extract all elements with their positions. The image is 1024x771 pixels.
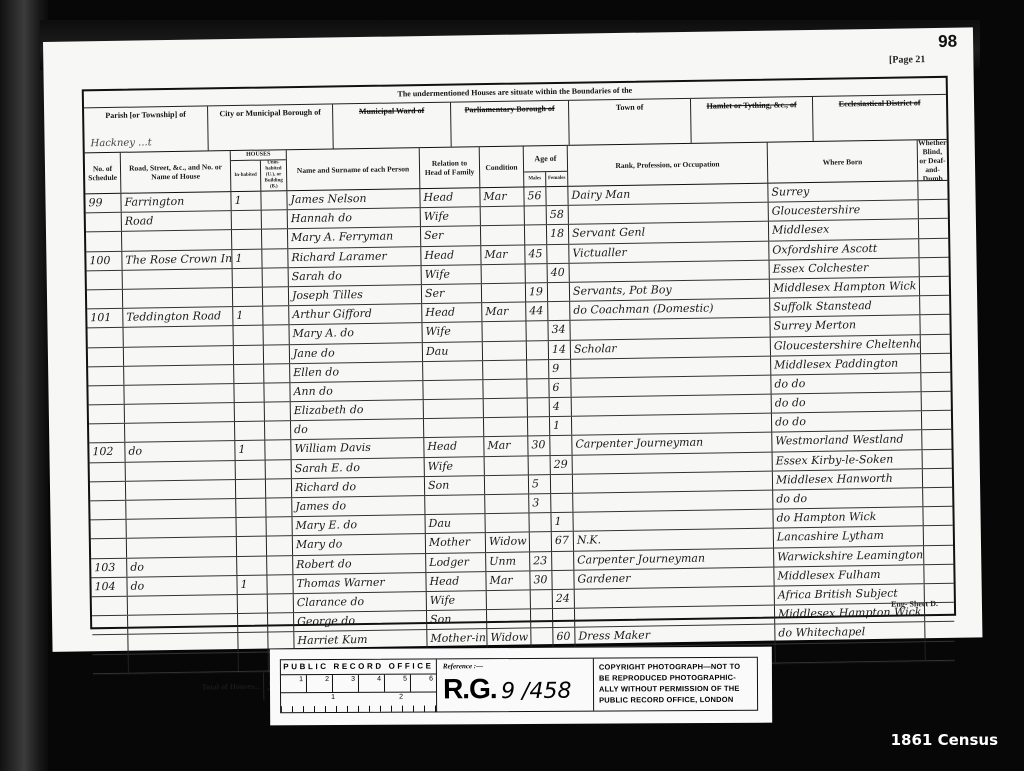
cell-un bbox=[263, 268, 289, 287]
cell-blind bbox=[923, 469, 952, 488]
cell-occupation bbox=[573, 510, 773, 531]
cell-road bbox=[124, 346, 234, 366]
cell-road bbox=[123, 269, 233, 289]
cell-road bbox=[125, 403, 235, 423]
cell-schedule bbox=[88, 347, 124, 366]
cell-road: The Rose Crown Inn bbox=[122, 250, 232, 270]
cell-occupation: Servant Genl bbox=[569, 222, 769, 243]
cell-condition: Mar bbox=[481, 245, 525, 264]
table-body: 99Farrington1James NelsonHeadMar56Dairy … bbox=[85, 181, 954, 674]
district-label: Town of bbox=[616, 103, 644, 112]
cell-road bbox=[126, 499, 236, 519]
cell-blind bbox=[922, 392, 951, 411]
cell-occupation bbox=[573, 452, 773, 473]
cell-condition bbox=[487, 590, 531, 609]
cell-occupation bbox=[571, 356, 771, 377]
cell-condition: Widow bbox=[486, 533, 530, 552]
cell-road bbox=[128, 633, 238, 653]
cell-male bbox=[527, 379, 549, 398]
cell-occupation: Gardener bbox=[574, 567, 774, 588]
film-edge bbox=[0, 0, 48, 771]
cell-male bbox=[528, 398, 550, 417]
cell-inhabited bbox=[239, 652, 269, 671]
cell-schedule bbox=[87, 271, 123, 290]
cell-name: Richard Laramer bbox=[288, 247, 421, 267]
cell-un bbox=[267, 537, 293, 556]
cell-condition bbox=[482, 264, 526, 283]
cell-born: Surrey bbox=[768, 181, 918, 202]
cell-female bbox=[551, 494, 573, 513]
cell-occupation bbox=[573, 471, 773, 492]
cell-condition: Unm bbox=[486, 552, 530, 571]
cell-occupation bbox=[569, 203, 769, 224]
census-caption: 1861 Census bbox=[891, 731, 998, 749]
cell-born: do do bbox=[773, 488, 923, 509]
cell-inhabited: 1 bbox=[235, 441, 265, 460]
cell-occupation: do Coachman (Domestic) bbox=[570, 299, 770, 320]
cell-occupation bbox=[572, 414, 772, 435]
cell-condition bbox=[483, 341, 527, 360]
cell-blind bbox=[923, 507, 952, 526]
col-males: Males bbox=[524, 172, 546, 186]
cell-blind bbox=[922, 411, 951, 430]
ruler-ticks: 1 2 bbox=[281, 692, 436, 712]
cell-occupation: Victualler bbox=[569, 241, 769, 262]
cell-un bbox=[265, 402, 291, 421]
cell-female: 60 bbox=[553, 628, 575, 647]
cell-name: Joseph Tilles bbox=[289, 285, 422, 305]
col-inhabited: In-habited bbox=[231, 161, 261, 191]
cell-female: 6 bbox=[549, 379, 571, 398]
census-table: No. of Schedule Road, Street, &c., and N… bbox=[85, 140, 956, 703]
cell-male bbox=[529, 456, 551, 475]
scale-cell: 1 bbox=[281, 675, 307, 692]
cell-condition: Mar bbox=[484, 437, 528, 456]
cell-female: 18 bbox=[547, 225, 569, 244]
cell-female bbox=[547, 244, 569, 263]
cell-female: 14 bbox=[549, 340, 571, 359]
district-city: City or Municipal Borough of bbox=[208, 104, 334, 150]
cell-male: 23 bbox=[530, 552, 552, 571]
cell-relation: Ser bbox=[422, 284, 482, 303]
cell-born: Lancashire Lytham bbox=[774, 527, 924, 548]
cell-female: 29 bbox=[551, 455, 573, 474]
cell-relation: Wife bbox=[425, 457, 485, 476]
cell-un bbox=[265, 421, 291, 440]
folio-number: 98 bbox=[938, 32, 957, 52]
copyright-notice: COPYRIGHT PHOTOGRAPH—NOT TO BE REPRODUCE… bbox=[594, 658, 757, 711]
cell-inhabited bbox=[235, 403, 265, 422]
cell-male bbox=[525, 225, 547, 244]
cell-relation bbox=[423, 380, 483, 399]
cell-relation: Wife bbox=[427, 591, 487, 610]
cell-name: Richard do bbox=[292, 477, 425, 497]
cell-schedule bbox=[92, 616, 128, 635]
cell-relation bbox=[425, 495, 485, 514]
cell-female: 9 bbox=[549, 359, 571, 378]
cell-road bbox=[123, 288, 233, 308]
cell-female bbox=[548, 283, 570, 302]
col-females: Females bbox=[546, 171, 567, 185]
cell-un bbox=[268, 594, 294, 613]
cell-female bbox=[552, 551, 574, 570]
cell-un bbox=[263, 306, 289, 325]
cell-un bbox=[262, 249, 288, 268]
cell-occupation: Scholar bbox=[571, 337, 771, 358]
district-ecclesiastical: Ecclesiastical District of bbox=[813, 95, 947, 141]
cell-female: 24 bbox=[553, 590, 575, 609]
reference-series: R.G. bbox=[443, 673, 497, 705]
district-parl-borough: Parliamentary Borough of bbox=[451, 101, 570, 147]
cell-female: 34 bbox=[548, 321, 570, 340]
cell-blind bbox=[920, 258, 949, 277]
cell-occupation: N.K. bbox=[574, 529, 774, 550]
inch-mark: 1 bbox=[331, 694, 335, 701]
district-label: Parliamentary Borough of bbox=[465, 104, 555, 114]
cell-relation: Head bbox=[421, 246, 481, 265]
col-road: Road, Street, &c., and No. or Name of Ho… bbox=[121, 151, 232, 193]
scale-cell: 5 bbox=[385, 675, 411, 692]
cell-name: Jane do bbox=[290, 343, 423, 363]
cell-born: Essex Kirby-le-Soken bbox=[773, 450, 923, 471]
cell-blind bbox=[920, 277, 949, 296]
cell-name: Thomas Warner bbox=[293, 573, 426, 593]
cell-relation: Dau bbox=[425, 514, 485, 533]
cell-male: 3 bbox=[529, 494, 551, 513]
age-label: Age of bbox=[524, 146, 567, 172]
cell-road bbox=[126, 461, 236, 481]
cell-relation: Mother-in-law bbox=[427, 629, 487, 648]
cell-inhabited bbox=[238, 633, 268, 652]
cell-condition bbox=[485, 475, 529, 494]
page-number: [Page 21 bbox=[889, 54, 926, 66]
reference-label: Reference :— bbox=[443, 662, 483, 670]
cell-male: 5 bbox=[529, 475, 551, 494]
scale-cell: 4 bbox=[359, 675, 385, 692]
cell-condition bbox=[485, 456, 529, 475]
cell-inhabited bbox=[237, 518, 267, 537]
cell-blind bbox=[922, 430, 951, 449]
cell-condition bbox=[485, 494, 529, 513]
cell-male: 19 bbox=[526, 283, 548, 302]
district-label: Municipal Ward of bbox=[359, 106, 424, 116]
cell-name: Mary A. Ferryman bbox=[288, 227, 421, 247]
cell-schedule: 99 bbox=[85, 194, 121, 213]
cell-blind bbox=[925, 622, 954, 641]
cell-schedule bbox=[88, 366, 124, 385]
district-hamlet: Hamlet or Tything, &c., of bbox=[691, 97, 814, 143]
reference-piece: 9 /458 bbox=[501, 679, 572, 704]
cell-un bbox=[265, 441, 291, 460]
cell-male: 30 bbox=[530, 571, 552, 590]
cell-inhabited bbox=[233, 326, 263, 345]
scale-cell: 6 bbox=[411, 674, 436, 691]
cell-condition bbox=[481, 207, 525, 226]
cell-condition bbox=[484, 398, 528, 417]
cell-un bbox=[266, 498, 292, 517]
cell-born: do do bbox=[772, 411, 922, 432]
cell-born: Suffolk Stanstead bbox=[770, 296, 920, 317]
cell-inhabited bbox=[233, 288, 263, 307]
cell-occupation: Servants, Pot Boy bbox=[570, 280, 770, 301]
cell-blind bbox=[920, 315, 949, 334]
cell-male bbox=[526, 264, 548, 283]
cell-born: Middlesex Hampton Wick bbox=[770, 277, 920, 298]
cell-road bbox=[122, 230, 232, 250]
cell-relation: Wife bbox=[421, 207, 481, 226]
cell-name: Mary A. do bbox=[289, 323, 422, 343]
cell-schedule bbox=[92, 597, 128, 616]
cell-schedule bbox=[88, 386, 124, 405]
cell-female: 58 bbox=[547, 206, 569, 225]
cell-relation: Wife bbox=[422, 265, 482, 284]
cell-relation: Head bbox=[424, 438, 484, 457]
cell-born: Middlesex Hanworth bbox=[773, 469, 923, 490]
cell-inhabited bbox=[236, 460, 266, 479]
col-age: Age of Males Females bbox=[524, 146, 569, 187]
cell-male bbox=[527, 341, 549, 360]
cell-schedule bbox=[86, 213, 122, 232]
cell-name: Hannah do bbox=[288, 208, 421, 228]
cell-un bbox=[266, 479, 292, 498]
cell-schedule bbox=[86, 232, 122, 251]
cell-blind bbox=[921, 353, 950, 372]
cell-inhabited: 1 bbox=[232, 249, 262, 268]
cell-blind bbox=[919, 219, 948, 238]
inch-mark: 2 bbox=[399, 694, 403, 701]
cell-female bbox=[552, 570, 574, 589]
district-label: Parish [or Township] of bbox=[105, 110, 186, 120]
cell-blind bbox=[924, 526, 953, 545]
cell-female bbox=[546, 187, 568, 206]
cell-name: Clarance do bbox=[294, 592, 427, 612]
cell-road bbox=[125, 422, 235, 442]
cell-un bbox=[262, 230, 288, 249]
cell-schedule bbox=[90, 501, 126, 520]
cell-road bbox=[128, 614, 238, 634]
cell-un bbox=[262, 210, 288, 229]
cell-relation: Lodger bbox=[426, 553, 486, 572]
cell-un bbox=[267, 517, 293, 536]
cell-road bbox=[124, 326, 234, 346]
cell-name: Sarah do bbox=[289, 266, 422, 286]
cell-female bbox=[553, 609, 575, 628]
cell-un bbox=[264, 383, 290, 402]
col-blind: Whether Blind, or Deaf-and-Dumb bbox=[918, 140, 948, 180]
cell-occupation: Carpenter Journeyman bbox=[572, 433, 772, 454]
cell-schedule bbox=[87, 290, 123, 309]
cell-born: Middlesex bbox=[769, 220, 919, 241]
cell-female bbox=[551, 475, 573, 494]
cell-relation: Ser bbox=[421, 227, 481, 246]
district-parish: Parish [or Township] of Hackney ...t bbox=[84, 106, 209, 152]
district-ward: Municipal Ward of bbox=[333, 103, 452, 149]
cell-female: 67 bbox=[552, 532, 574, 551]
cell-un bbox=[264, 364, 290, 383]
cell-occupation: Dress Maker bbox=[575, 625, 775, 646]
cell-road: do bbox=[127, 576, 237, 596]
cell-un bbox=[266, 460, 292, 479]
cell-schedule bbox=[89, 405, 125, 424]
cell-condition bbox=[483, 379, 527, 398]
cell-inhabited: 1 bbox=[231, 192, 261, 211]
cell-condition bbox=[482, 322, 526, 341]
cell-relation: Son bbox=[427, 610, 487, 629]
cell-name: Sarah E. do bbox=[292, 458, 425, 478]
cell-blind bbox=[921, 334, 950, 353]
office-name: PUBLIC RECORD OFFICE bbox=[281, 659, 436, 675]
cell-female: 4 bbox=[550, 398, 572, 417]
cell-name: Arthur Gifford bbox=[289, 304, 422, 324]
cell-condition bbox=[482, 283, 526, 302]
cell-un bbox=[263, 287, 289, 306]
cell-blind bbox=[919, 200, 948, 219]
total-houses-label: Total of Houses... bbox=[93, 672, 264, 703]
cell-road bbox=[128, 595, 238, 615]
cell-occupation: Carpenter Journeyman bbox=[574, 548, 774, 569]
cell-blind bbox=[919, 238, 948, 257]
col-occupation: Rank, Profession, or Occupation bbox=[568, 143, 769, 186]
public-record-office-label: PUBLIC RECORD OFFICE 1 2 3 4 5 6 1 2 Ref… bbox=[270, 647, 772, 726]
cell-male bbox=[531, 628, 553, 647]
cell-female: 40 bbox=[548, 264, 570, 283]
cell-relation: Dau bbox=[423, 342, 483, 361]
cell-male: 56 bbox=[524, 187, 546, 206]
cell-relation: Head bbox=[422, 303, 482, 322]
cell-female bbox=[550, 436, 572, 455]
cell-schedule: 103 bbox=[91, 558, 127, 577]
cell-relation: Mother bbox=[426, 533, 486, 552]
sheet-code: Eng- Sheet D. bbox=[891, 599, 938, 609]
cell-relation: Head bbox=[426, 572, 486, 591]
cell-inhabited bbox=[233, 268, 263, 287]
cell-born: Westmorland Westland bbox=[772, 431, 922, 452]
cell-female: 1 bbox=[551, 513, 573, 532]
cell-name: Harriet Kum bbox=[294, 630, 427, 650]
cell-male: 44 bbox=[526, 302, 548, 321]
cell-inhabited bbox=[232, 230, 262, 249]
cell-relation bbox=[424, 399, 484, 418]
district-label: Ecclesiastical District of bbox=[839, 98, 921, 108]
cell-condition: Mar bbox=[480, 187, 524, 206]
scale-cell: 3 bbox=[333, 675, 359, 692]
cell-un bbox=[263, 325, 289, 344]
cell-inhabited: 1 bbox=[237, 575, 267, 594]
cell-inhabited bbox=[237, 556, 267, 575]
cell-road: do bbox=[127, 557, 237, 577]
cell-born bbox=[776, 642, 926, 663]
cell-blind bbox=[923, 488, 952, 507]
cell-male bbox=[530, 532, 552, 551]
cell-un bbox=[267, 556, 293, 575]
cell-blind bbox=[923, 449, 952, 468]
cell-male bbox=[531, 609, 553, 628]
cell-road: Teddington Road bbox=[123, 307, 233, 327]
cell-schedule: 104 bbox=[91, 577, 127, 596]
cell-born: Warwickshire Leamington bbox=[774, 546, 924, 567]
cell-schedule bbox=[91, 520, 127, 539]
cell-inhabited bbox=[238, 614, 268, 633]
cell-occupation bbox=[572, 395, 772, 416]
cell-inhabited: 1 bbox=[233, 307, 263, 326]
cell-condition: Widow bbox=[487, 629, 531, 648]
cell-name: Elizabeth do bbox=[291, 400, 424, 420]
cell-inhabited bbox=[236, 479, 266, 498]
cell-born: Essex Colchester bbox=[770, 258, 920, 279]
cell-schedule: 102 bbox=[89, 443, 125, 462]
cell-un bbox=[268, 613, 294, 632]
cell-schedule: 101 bbox=[87, 309, 123, 328]
ruler: PUBLIC RECORD OFFICE 1 2 3 4 5 6 1 2 bbox=[281, 659, 437, 712]
cell-relation: Wife bbox=[422, 322, 482, 341]
cell-schedule bbox=[93, 654, 129, 673]
cell-female: 1 bbox=[550, 417, 572, 436]
cell-occupation bbox=[570, 260, 770, 281]
cell-schedule bbox=[89, 424, 125, 443]
cell-female bbox=[548, 302, 570, 321]
cell-male bbox=[525, 206, 547, 225]
cell-un bbox=[264, 345, 290, 364]
cell-name: do bbox=[291, 419, 424, 439]
cell-relation: Son bbox=[425, 476, 485, 495]
cell-schedule bbox=[88, 328, 124, 347]
cell-road: Farrington bbox=[121, 192, 231, 212]
col-born: Where Born bbox=[768, 140, 919, 182]
cell-male bbox=[531, 590, 553, 609]
cell-condition: Mar bbox=[486, 571, 530, 590]
cell-condition: Mar bbox=[482, 303, 526, 322]
district-value: Hackney ...t bbox=[91, 137, 152, 149]
cell-road: do bbox=[125, 441, 235, 461]
scale-cell: 2 bbox=[307, 675, 333, 692]
cell-road bbox=[126, 480, 236, 500]
cell-inhabited bbox=[234, 364, 264, 383]
census-page: 98 [Page 21 The undermentioned Houses ar… bbox=[43, 27, 982, 652]
cell-road bbox=[127, 537, 237, 557]
cell-condition bbox=[481, 226, 525, 245]
cell-name: Ellen do bbox=[290, 362, 423, 382]
cell-blind bbox=[920, 296, 949, 315]
cell-name: Ann do bbox=[290, 381, 423, 401]
cell-born: Gloucestershire bbox=[769, 200, 919, 221]
col-houses: HOUSES In-habited Unin-habited (U.), or … bbox=[231, 150, 288, 191]
col-uninhabited: Unin-habited (U.), or Building (B.) bbox=[261, 160, 287, 190]
cell-inhabited bbox=[234, 345, 264, 364]
cell-condition bbox=[483, 360, 527, 379]
cell-schedule bbox=[90, 482, 126, 501]
cell-relation bbox=[423, 361, 483, 380]
cell-name: Mary E. do bbox=[292, 515, 425, 535]
cell-male bbox=[527, 360, 549, 379]
cell-born: Middlesex Fulham bbox=[774, 565, 924, 586]
cell-born: Middlesex Paddington bbox=[771, 354, 921, 375]
cell-born: do do bbox=[772, 392, 922, 413]
cell-male bbox=[528, 417, 550, 436]
cell-male: 45 bbox=[525, 245, 547, 264]
cell-blind bbox=[926, 641, 955, 660]
cell-name: James do bbox=[292, 496, 425, 516]
cell-schedule: 100 bbox=[86, 251, 122, 270]
cell-name: Mary do bbox=[293, 534, 426, 554]
cell-blind bbox=[924, 565, 953, 584]
cell-condition bbox=[485, 514, 529, 533]
cell-occupation bbox=[570, 318, 770, 339]
district-label: Hamlet or Tything, &c., of bbox=[707, 100, 797, 110]
cell-born: Surrey Merton bbox=[770, 316, 920, 337]
cell-inhabited bbox=[237, 537, 267, 556]
cell-born: do Whitechapel bbox=[775, 623, 925, 644]
cell-born: do Hampton Wick bbox=[773, 507, 923, 528]
